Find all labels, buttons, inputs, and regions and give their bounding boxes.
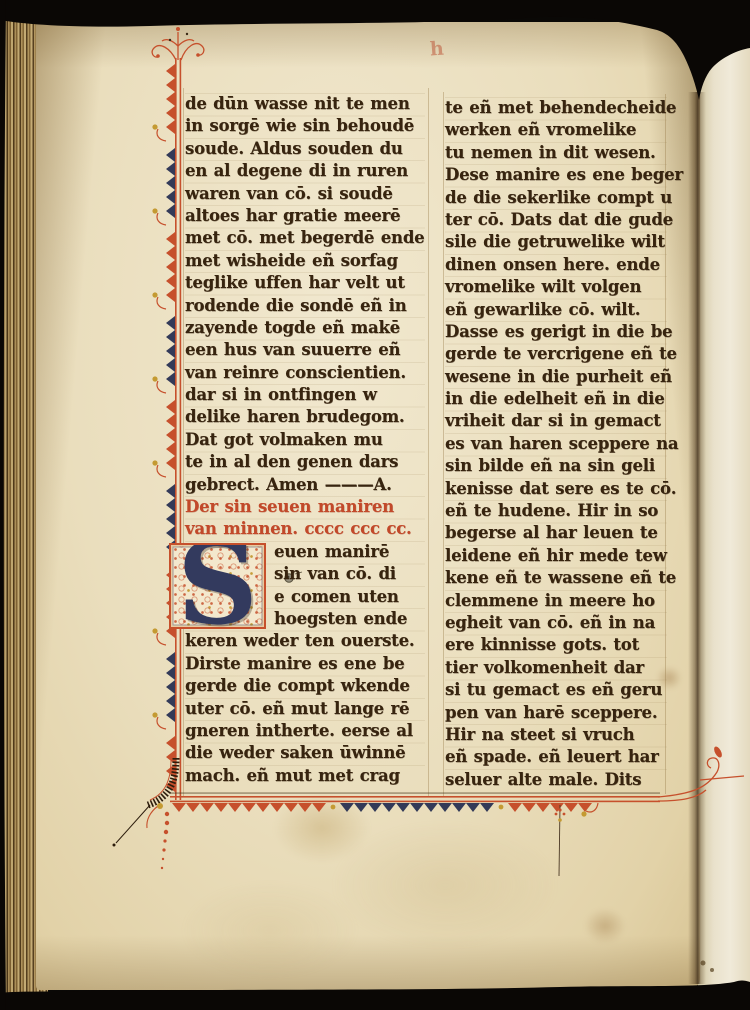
text-line: Der sin seuen maniren	[185, 496, 425, 518]
text-line: leidene eñ hir mede tew	[445, 545, 667, 567]
text-line: in sorgē wie sin behoudē	[185, 115, 425, 137]
text-line: teglike uffen har velt ut	[185, 272, 425, 294]
text-line: rodende die sondē eñ in	[185, 295, 425, 317]
text-line: begerse al har leuen te	[445, 522, 667, 544]
text-line: vromelike wilt volgen	[445, 276, 667, 298]
decorated-initial: S	[169, 543, 266, 629]
text-line: waren van cō. si soudē	[185, 183, 425, 205]
text-line: seluer alte male. Dits	[445, 769, 667, 791]
text-line: in die edelheit eñ in die	[445, 388, 667, 410]
text-line: wesene in die purheit eñ	[445, 366, 667, 388]
text-line: pen van harē sceppere.	[445, 702, 667, 724]
initial-letter: S	[171, 543, 264, 629]
ruling-line	[428, 88, 429, 796]
left-column-main-lines: de dūn wasse nit te menin sorgē wie sin …	[185, 93, 425, 496]
text-line: ere kinnisse gots. tot	[445, 634, 667, 656]
text-line: clemmene in meere ho	[445, 590, 667, 612]
text-line: sin bilde eñ na sin geli	[445, 455, 667, 477]
text-line: werken eñ vromelike	[445, 119, 667, 141]
text-line: zayende togde eñ makē	[185, 317, 425, 339]
text-line: met wisheide eñ sorfag	[185, 250, 425, 272]
text-line: keren weder ten ouerste.	[185, 630, 425, 652]
manuscript-photo: h de dūn wasse nit te menin sorgē wie si…	[0, 0, 750, 1010]
text-line: gneren intherte. eerse al	[185, 720, 425, 742]
text-line: Dese manire es ene beger	[445, 164, 667, 186]
right-column-lines: te eñ met behendecheidewerken eñ vromeli…	[445, 97, 667, 791]
text-line: gebrect. Amen ———A.	[185, 474, 425, 496]
right-text-column: te eñ met behendecheidewerken eñ vromeli…	[445, 97, 667, 791]
text-line: die weder saken ūwinnē	[185, 742, 425, 764]
initial-section: S euen manirēsin van cō. die comen utenh…	[185, 541, 425, 787]
text-line: een hus van suuerre eñ	[185, 339, 425, 361]
text-line: tu nemen in dit wesen.	[445, 142, 667, 164]
text-line: mach. eñ mut met crag	[185, 765, 425, 787]
text-line: altoes har gratie meerē	[185, 205, 425, 227]
text-line: dinen onsen here. ende	[445, 254, 667, 276]
text-line: met cō. met begerdē ende	[185, 227, 425, 249]
text-line: van minnen. cccc ccc cc.	[185, 518, 425, 540]
text-line: Hir na steet si vruch	[445, 724, 667, 746]
rubric-heading: Der sin seuen manirenvan minnen. cccc cc…	[185, 496, 425, 541]
text-line: delike haren brudegom.	[185, 406, 425, 428]
text-line: Dasse es gerigt in die be	[445, 321, 667, 343]
text-line: dar si in ontfingen w	[185, 384, 425, 406]
text-line: es van haren sceppere na	[445, 433, 667, 455]
text-line: Dat got volmaken mu	[185, 429, 425, 451]
text-line: Dirste manire es ene be	[185, 653, 425, 675]
text-line: gerde te vercrigene eñ te	[445, 343, 667, 365]
text-line: vriheit dar si in gemact	[445, 410, 667, 432]
text-line: tier volkomenheit dar	[445, 657, 667, 679]
text-line: soude. Aldus souden du	[185, 138, 425, 160]
spine-crease-shadow	[688, 92, 706, 984]
quire-mark: h	[429, 38, 444, 61]
text-line: te eñ met behendecheide	[445, 97, 667, 119]
left-text-column: de dūn wasse nit te menin sorgē wie sin …	[185, 93, 425, 787]
ruling-line	[443, 92, 444, 796]
text-line: sile die getruwelike wilt	[445, 231, 667, 253]
text-line: eñ spade. eñ leuert har	[445, 746, 667, 768]
text-line: kenisse dat sere es te cō.	[445, 478, 667, 500]
text-line: van reinre conscientien.	[185, 362, 425, 384]
text-line: gerde die compt wkende	[185, 675, 425, 697]
text-line: ter cō. Dats dat die gude	[445, 209, 667, 231]
text-line: te in al den genen dars	[185, 451, 425, 473]
text-line: egheit van cō. eñ in na	[445, 612, 667, 634]
text-line: eñ te hudene. Hir in so	[445, 500, 667, 522]
text-line: si tu gemact es eñ geru	[445, 679, 667, 701]
ruling-line	[183, 88, 184, 796]
text-line: kene eñ te wassene eñ te	[445, 567, 667, 589]
text-line: de dūn wasse nit te men	[185, 93, 425, 115]
text-line: de die sekerlike compt u	[445, 187, 667, 209]
text-line: uter cō. eñ mut lange rē	[185, 698, 425, 720]
text-line: en al degene di in ruren	[185, 160, 425, 182]
text-line: eñ gewarlike cō. wilt.	[445, 299, 667, 321]
